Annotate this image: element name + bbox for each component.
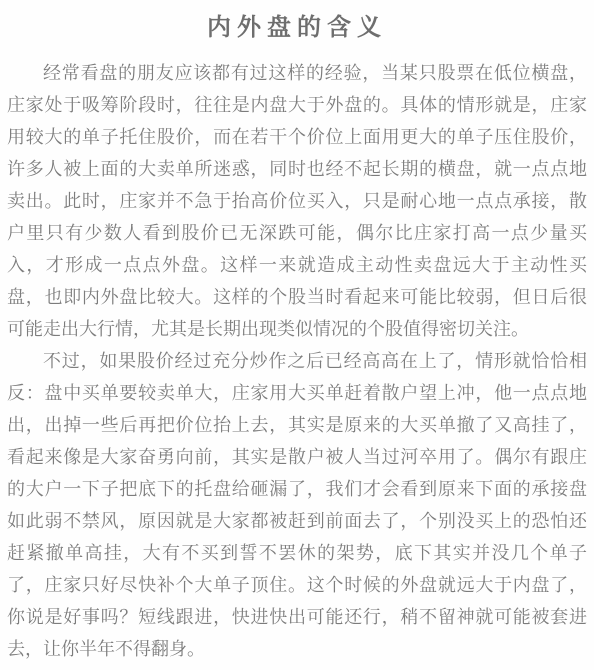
text-line: 的大户一下子把底下的托盘给砸漏了，我们才会看到原来下面的承接盘 <box>7 474 587 506</box>
text-line: 户里只有少数人看到股价已无深跌可能，偶尔比庄家打高一点少量买 <box>7 218 587 250</box>
paragraph: 经常看盘的朋友应该都有过这样的经验，当某只股票在低位横盘，庄家处于吸筹阶段时，往… <box>7 58 587 346</box>
page-title: 内外盘的含义 <box>0 0 594 51</box>
text-line: 可能走出大行情，尤其是长期出现类似情况的个股值得密切关注。 <box>7 314 587 346</box>
document-body: 经常看盘的朋友应该都有过这样的经验，当某只股票在低位横盘，庄家处于吸筹阶段时，往… <box>0 51 594 666</box>
text-line: 不过，如果股价经过充分炒作之后已经高高在上了，情形就恰恰相 <box>7 346 587 378</box>
text-line: 入，才形成一点点外盘。这样一来就造成主动性卖盘远大于主动性买 <box>7 250 587 282</box>
text-line: 出，出掉一些后再把价位抬上去，其实是原来的大买单撤了又高挂了， <box>7 410 587 442</box>
text-line: 反：盘中买单要较卖单大，庄家用大买单赶着散户望上冲，他一点点地 <box>7 378 587 410</box>
text-line: 盘，也即内外盘比较大。这样的个股当时看起来可能比较弱，但日后很 <box>7 282 587 314</box>
text-line: 你说是好事吗？短线跟进，快进快出可能还行，稍不留神就可能被套进 <box>7 602 587 634</box>
text-line: 经常看盘的朋友应该都有过这样的经验，当某只股票在低位横盘， <box>7 58 587 90</box>
text-line: 卖出。此时，庄家并不急于抬高价位买入，只是耐心地一点点承接，散 <box>7 186 587 218</box>
text-line: 用较大的单子托住股价，而在若干个价位上面用更大的单子压住股价， <box>7 122 587 154</box>
text-line: 看起来像是大家奋勇向前，其实是散户被人当过河卒用了。偶尔有跟庄 <box>7 442 587 474</box>
document-page: 内外盘的含义 经常看盘的朋友应该都有过这样的经验，当某只股票在低位横盘，庄家处于… <box>0 0 594 670</box>
text-line: 赶紧撤单高挂，大有不买到誓不罢休的架势，底下其实并没几个单子 <box>7 538 587 570</box>
text-line: 去，让你半年不得翻身。 <box>7 634 587 666</box>
text-line: 许多人被上面的大卖单所迷惑，同时也经不起长期的横盘，就一点点地 <box>7 154 587 186</box>
paragraph: 不过，如果股价经过充分炒作之后已经高高在上了，情形就恰恰相反：盘中买单要较卖单大… <box>7 346 587 666</box>
text-line: 庄家处于吸筹阶段时，往往是内盘大于外盘的。具体的情形就是，庄家 <box>7 90 587 122</box>
text-line: 了，庄家只好尽快补个大单子顶住。这个时候的外盘就远大于内盘了， <box>7 570 587 602</box>
text-line: 如此弱不禁风，原因就是大家都被赶到前面去了，个别没买上的恐怕还 <box>7 506 587 538</box>
